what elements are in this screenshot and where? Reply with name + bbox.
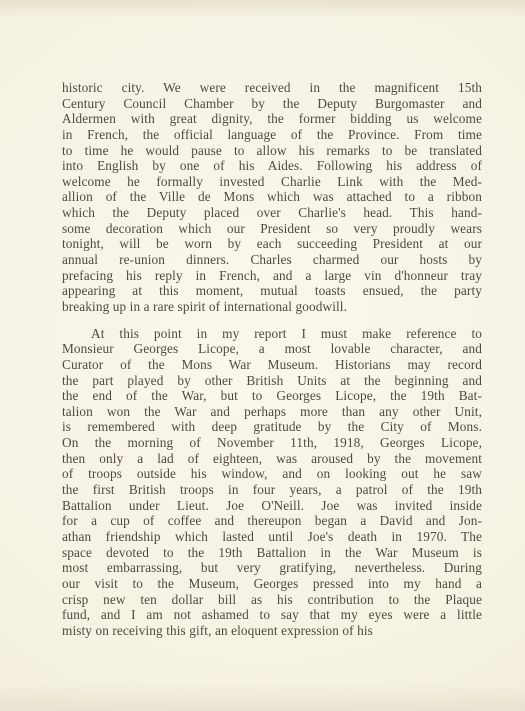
text-line: historic city. We were received in the m…	[62, 80, 482, 96]
text-line: for a cup of coffee and thereupon began …	[62, 513, 482, 529]
text-line: athan friendship which lasted until Joe'…	[62, 529, 482, 545]
text-line: then only a lad of eighteen, was aroused…	[62, 451, 482, 467]
text-line: the part played by other British Units a…	[62, 373, 482, 389]
text-line: our visit to the Museum, Georges pressed…	[62, 576, 482, 592]
text-line: is remembered with deep gratitude by the…	[62, 419, 482, 435]
text-line: of troops outside his window, and on loo…	[62, 466, 482, 482]
text-line: On the morning of November 11th, 1918, G…	[62, 435, 482, 451]
text-line: fund, and I am not ashamed to say that m…	[62, 607, 482, 623]
text-line: welcome he formally invested Charlie Lin…	[62, 174, 482, 190]
text-line: into English by one of his Aides. Follow…	[62, 158, 482, 174]
text-line: Century Council Chamber by the Deputy Bu…	[62, 96, 482, 112]
text-line: the first British troops in four years, …	[62, 482, 482, 498]
text-line: tonight, will be worn by each succeeding…	[62, 236, 482, 252]
text-line: At this point in my report I must make r…	[62, 326, 482, 342]
text-line: some decoration which our President so v…	[62, 221, 482, 237]
text-line: space devoted to the 19th Battalion in t…	[62, 545, 482, 561]
scanned-document-page: historic city. We were received in the m…	[0, 0, 525, 711]
text-line: annual re-union dinners. Charles charmed…	[62, 252, 482, 268]
text-line: to time he would pause to allow his rema…	[62, 143, 482, 159]
text-line: appearing at this moment, mutual toasts …	[62, 283, 482, 299]
text-line: in French, the official language of the …	[62, 127, 482, 143]
text-line: Aldermen with great dignity, the former …	[62, 111, 482, 127]
text-line: breaking up in a rare spirit of internat…	[62, 299, 482, 315]
page-text: historic city. We were received in the m…	[62, 80, 482, 638]
text-line: crisp new ten dollar bill as his contrib…	[62, 592, 482, 608]
text-line: Battalion under Lieut. Joe O'Neill. Joe …	[62, 498, 482, 514]
text-line: the end of the War, but to Georges Licop…	[62, 388, 482, 404]
text-line: most embarrassing, but very gratifying, …	[62, 560, 482, 576]
paragraph: At this point in my report I must make r…	[62, 326, 482, 639]
text-line: allion of the Ville de Mons which was at…	[62, 189, 482, 205]
text-line: misty on receiving this gift, an eloquen…	[62, 623, 482, 639]
text-line: talion won the War and perhaps more than…	[62, 404, 482, 420]
paragraph: historic city. We were received in the m…	[62, 80, 482, 315]
text-line: which the Deputy placed over Charlie's h…	[62, 205, 482, 221]
text-line: Monsieur Georges Licope, a most lovable …	[62, 341, 482, 357]
text-line: prefacing his reply in French, and a lar…	[62, 268, 482, 284]
text-line: Curator of the Mons War Museum. Historia…	[62, 357, 482, 373]
